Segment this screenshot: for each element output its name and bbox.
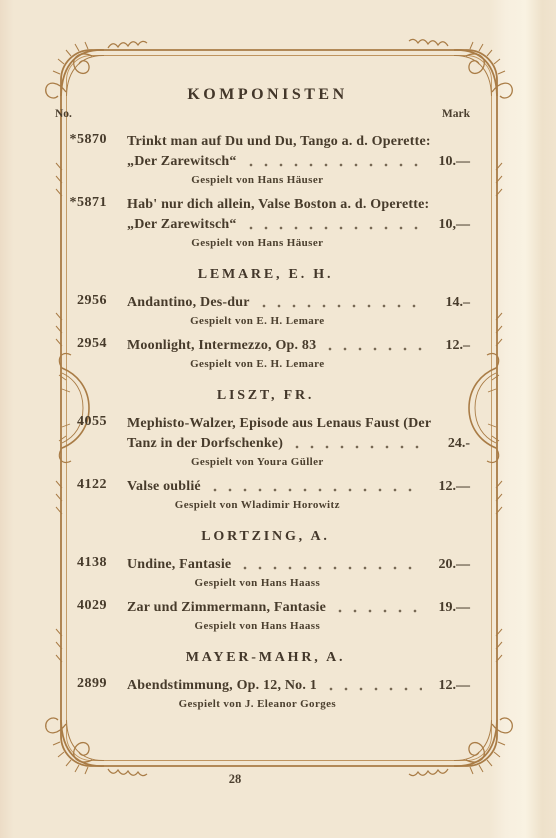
page-number: 28 (0, 772, 470, 787)
performer-credit: Gespielt von Hans Häuser (127, 237, 388, 249)
dotted-leader (328, 346, 422, 352)
entry-price: 19.— (432, 600, 470, 616)
catalog-page: KOMPONISTEN No. Mark *5870 Trinkt man au… (0, 0, 556, 838)
entry-price: 12.– (432, 338, 470, 354)
entry-title-line: Undine, Fantasie (127, 555, 231, 575)
entry-title-line: Andantino, Des-dur (127, 293, 250, 313)
entry-price: 12.— (432, 479, 470, 495)
dotted-leader (295, 444, 422, 450)
entry-title-line: Hab' nur dich allein, Valse Boston a. d.… (127, 195, 470, 215)
catalog-entry: 4029 Zar und Zimmermann, Fantasie 19.— G… (55, 598, 470, 632)
entry-number: 2954 (55, 336, 107, 370)
catalog-entry: 2899 Abendstimmung, Op. 12, No. 1 12.— G… (55, 676, 470, 710)
catalog-entry: *5871 Hab' nur dich allein, Valse Boston… (55, 195, 470, 249)
dotted-leader (329, 686, 422, 692)
entry-price: 10.— (432, 154, 470, 170)
entry-title-line: Abendstimmung, Op. 12, No. 1 (127, 676, 317, 696)
catalog-entry: 4122 Valse oublié 12.— Gespielt von Wlad… (55, 477, 470, 511)
entry-number: *5870 (55, 132, 107, 186)
dotted-leader (243, 565, 422, 571)
entry-price: 24.- (432, 436, 470, 452)
dotted-leader (338, 608, 422, 614)
performer-credit: Gespielt von J. Eleanor Gorges (127, 698, 388, 710)
entry-number: 4138 (55, 555, 107, 589)
dotted-leader (249, 162, 422, 168)
entry-title-line: Zar und Zimmermann, Fantasie (127, 598, 326, 618)
column-header-row: No. Mark (55, 108, 470, 120)
entry-title-line: „Der Zarewitsch“ (127, 152, 237, 172)
performer-credit: Gespielt von E. H. Lemare (127, 315, 388, 327)
entry-price: 20.— (432, 557, 470, 573)
catalog-entry: 2954 Moonlight, Intermezzo, Op. 83 12.– … (55, 336, 470, 370)
catalog-content: KOMPONISTEN No. Mark *5870 Trinkt man au… (55, 86, 470, 719)
entry-title-line: Tanz in der Dorfschenke) (127, 434, 283, 454)
performer-credit: Gespielt von Wladimir Horowitz (127, 499, 388, 511)
composer-heading: MAYER-MAHR, A. (61, 650, 470, 666)
entry-number: 4122 (55, 477, 107, 511)
performer-credit: Gespielt von Hans Haass (127, 577, 388, 589)
entry-number: *5871 (55, 195, 107, 249)
entry-number: 4055 (55, 414, 107, 468)
performer-credit: Gespielt von Hans Haass (127, 620, 388, 632)
entry-price: 14.– (432, 295, 470, 311)
catalog-entry: 4138 Undine, Fantasie 20.— Gespielt von … (55, 555, 470, 589)
entry-number: 2899 (55, 676, 107, 710)
composer-heading: LISZT, FR. (61, 388, 470, 404)
column-header-no: No. (55, 108, 72, 120)
dotted-leader (262, 303, 422, 309)
entry-title-line: „Der Zarewitsch“ (127, 215, 237, 235)
entry-price: 12.— (432, 678, 470, 694)
catalog-entry: *5870 Trinkt man auf Du und Du, Tango a.… (55, 132, 470, 186)
composer-heading: LEMARE, E. H. (61, 267, 470, 283)
page-title: KOMPONISTEN (65, 86, 470, 104)
catalog-entry: 2956 Andantino, Des-dur 14.– Gespielt vo… (55, 293, 470, 327)
entry-title-line: Trinkt man auf Du und Du, Tango a. d. Op… (127, 132, 470, 152)
catalog-entry: 4055 Mephisto-Walzer, Episode aus Lenaus… (55, 414, 470, 468)
entry-title-line: Mephisto-Walzer, Episode aus Lenaus Faus… (127, 414, 470, 434)
dotted-leader (249, 225, 422, 231)
entry-number: 4029 (55, 598, 107, 632)
dotted-leader (213, 487, 422, 493)
entry-price: 10,— (432, 217, 470, 233)
entry-title-line: Valse oublié (127, 477, 201, 497)
performer-credit: Gespielt von Youra Güller (127, 456, 388, 468)
entry-title-line: Moonlight, Intermezzo, Op. 83 (127, 336, 316, 356)
composer-heading: LORTZING, A. (61, 529, 470, 545)
column-header-mark: Mark (442, 108, 470, 120)
performer-credit: Gespielt von E. H. Lemare (127, 358, 388, 370)
entry-number: 2956 (55, 293, 107, 327)
performer-credit: Gespielt von Hans Häuser (127, 174, 388, 186)
